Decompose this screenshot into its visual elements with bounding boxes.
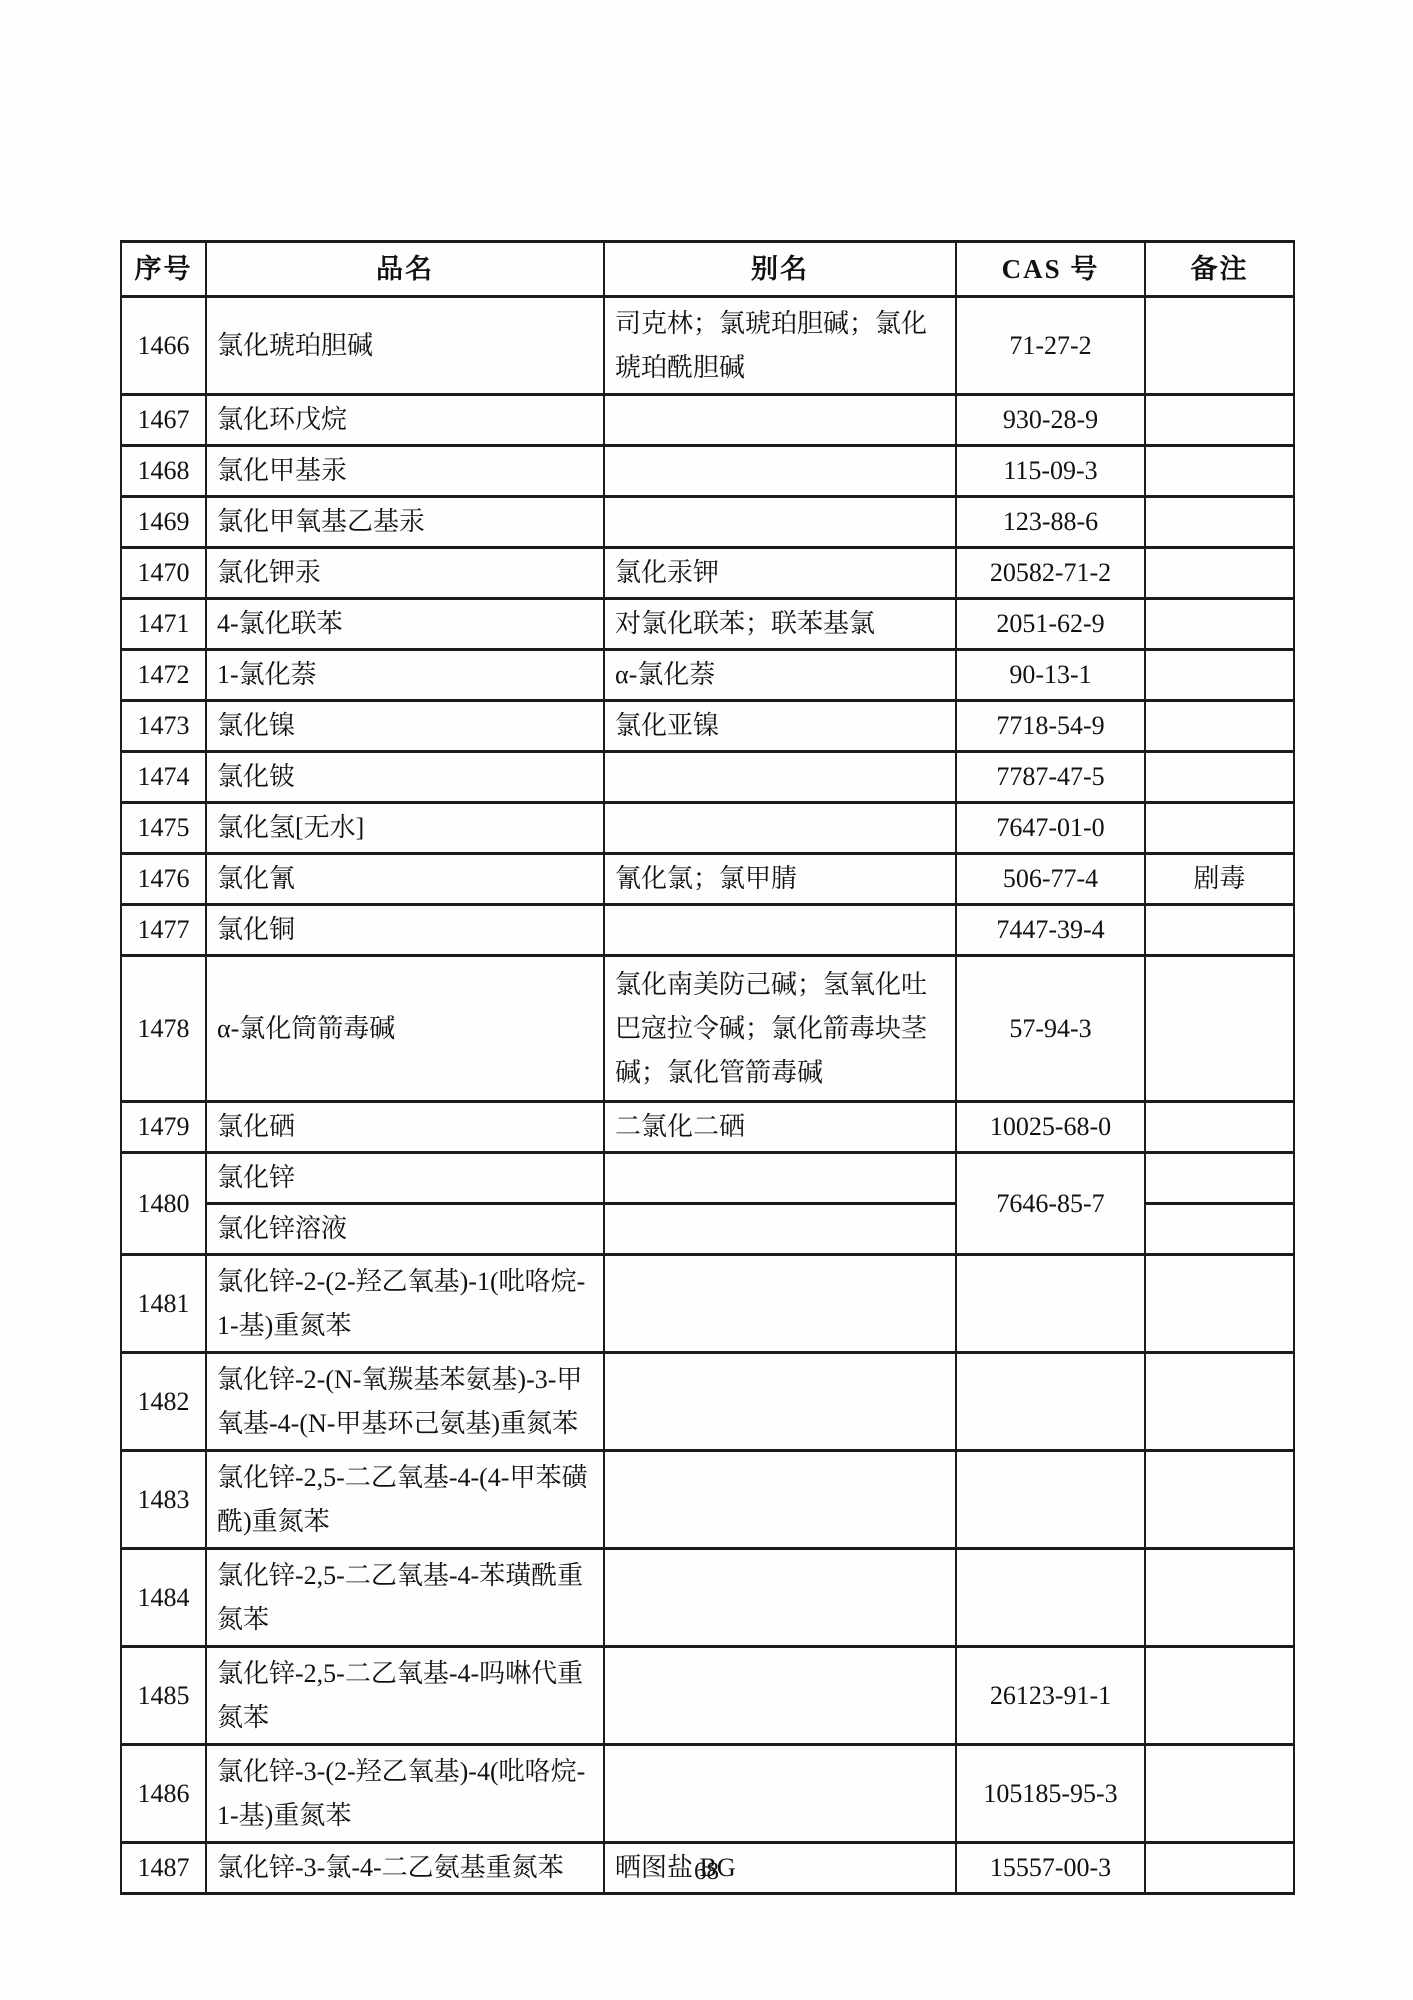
cell-serial: 1475 bbox=[121, 803, 206, 854]
cell-remark bbox=[1145, 1102, 1294, 1153]
cell-cas bbox=[956, 1255, 1145, 1353]
table-row: 14721-氯化萘α-氯化萘90-13-1 bbox=[121, 650, 1294, 701]
cell-cas: 506-77-4 bbox=[956, 854, 1145, 905]
cell-serial: 1466 bbox=[121, 297, 206, 395]
cell-serial: 1471 bbox=[121, 599, 206, 650]
cell-name: 氯化锌溶液 bbox=[206, 1204, 604, 1255]
cell-remark bbox=[1145, 1353, 1294, 1451]
cell-name: 氯化锌-2,5-二乙氧基-4-苯璜酰重氮苯 bbox=[206, 1549, 604, 1647]
cell-name: α-氯化筒箭毒碱 bbox=[206, 956, 604, 1102]
cell-cas: 7787-47-5 bbox=[956, 752, 1145, 803]
column-header-cas: CAS 号 bbox=[956, 242, 1145, 297]
cell-alias bbox=[604, 1255, 956, 1353]
cell-name: 氯化环戊烷 bbox=[206, 395, 604, 446]
column-header-remark: 备注 bbox=[1145, 242, 1294, 297]
table-row: 1473氯化镍氯化亚镍7718-54-9 bbox=[121, 701, 1294, 752]
cell-serial: 1472 bbox=[121, 650, 206, 701]
cell-cas: 20582-71-2 bbox=[956, 548, 1145, 599]
cell-serial: 1470 bbox=[121, 548, 206, 599]
table-row: 1477氯化铜7447-39-4 bbox=[121, 905, 1294, 956]
cell-name: 氯化氰 bbox=[206, 854, 604, 905]
cell-alias bbox=[604, 1745, 956, 1843]
document-page: 序号 品名 别名 CAS 号 备注 1466氯化琥珀胆碱司克林；氯琥珀胆碱；氯化… bbox=[0, 0, 1413, 2000]
table-row: 1483氯化锌-2,5-二乙氧基-4-(4-甲苯磺酰)重氮苯 bbox=[121, 1451, 1294, 1549]
cell-serial: 1468 bbox=[121, 446, 206, 497]
column-header-alias: 别名 bbox=[604, 242, 956, 297]
cell-name: 氯化硒 bbox=[206, 1102, 604, 1153]
cell-cas: 123-88-6 bbox=[956, 497, 1145, 548]
cell-cas: 7646-85-7 bbox=[956, 1153, 1145, 1255]
cell-name: 氯化氢[无水] bbox=[206, 803, 604, 854]
cell-remark bbox=[1145, 701, 1294, 752]
cell-cas: 71-27-2 bbox=[956, 297, 1145, 395]
cell-remark bbox=[1145, 1745, 1294, 1843]
cell-remark bbox=[1145, 956, 1294, 1102]
cell-alias bbox=[604, 1353, 956, 1451]
cell-alias bbox=[604, 497, 956, 548]
cell-alias: 氯化汞钾 bbox=[604, 548, 956, 599]
table-body: 1466氯化琥珀胆碱司克林；氯琥珀胆碱；氯化琥珀酰胆碱71-27-21467氯化… bbox=[121, 297, 1294, 1894]
header-row: 序号 品名 别名 CAS 号 备注 bbox=[121, 242, 1294, 297]
cell-serial: 1473 bbox=[121, 701, 206, 752]
cell-name: 氯化锌 bbox=[206, 1153, 604, 1204]
cell-alias bbox=[604, 1204, 956, 1255]
cell-remark bbox=[1145, 752, 1294, 803]
cell-cas: 26123-91-1 bbox=[956, 1647, 1145, 1745]
cell-remark bbox=[1145, 1204, 1294, 1255]
cell-serial: 1476 bbox=[121, 854, 206, 905]
cell-alias: 对氯化联苯；联苯基氯 bbox=[604, 599, 956, 650]
cell-cas: 115-09-3 bbox=[956, 446, 1145, 497]
cell-name: 1-氯化萘 bbox=[206, 650, 604, 701]
cell-remark bbox=[1145, 905, 1294, 956]
table-row: 1476氯化氰氰化氯；氯甲腈506-77-4剧毒 bbox=[121, 854, 1294, 905]
cell-name: 氯化铜 bbox=[206, 905, 604, 956]
cell-alias bbox=[604, 395, 956, 446]
cell-alias: α-氯化萘 bbox=[604, 650, 956, 701]
table-row: 1466氯化琥珀胆碱司克林；氯琥珀胆碱；氯化琥珀酰胆碱71-27-2 bbox=[121, 297, 1294, 395]
cell-remark bbox=[1145, 297, 1294, 395]
table-row: 1480氯化锌7646-85-7 bbox=[121, 1153, 1294, 1204]
column-header-serial: 序号 bbox=[121, 242, 206, 297]
cell-cas: 90-13-1 bbox=[956, 650, 1145, 701]
column-header-name: 品名 bbox=[206, 242, 604, 297]
cell-name: 氯化锌-3-(2-羟乙氧基)-4(吡咯烷-1-基)重氮苯 bbox=[206, 1745, 604, 1843]
cell-alias bbox=[604, 905, 956, 956]
cell-name: 氯化锌-2,5-二乙氧基-4-吗啉代重氮苯 bbox=[206, 1647, 604, 1745]
cell-cas: 7718-54-9 bbox=[956, 701, 1145, 752]
table-row: 1470氯化钾汞氯化汞钾20582-71-2 bbox=[121, 548, 1294, 599]
cell-alias bbox=[604, 1647, 956, 1745]
cell-alias bbox=[604, 1451, 956, 1549]
cell-serial: 1479 bbox=[121, 1102, 206, 1153]
cell-remark bbox=[1145, 1451, 1294, 1549]
cell-name: 氯化铍 bbox=[206, 752, 604, 803]
cell-remark bbox=[1145, 1153, 1294, 1204]
table-row: 1469氯化甲氧基乙基汞123-88-6 bbox=[121, 497, 1294, 548]
table-row: 1485氯化锌-2,5-二乙氧基-4-吗啉代重氮苯26123-91-1 bbox=[121, 1647, 1294, 1745]
cell-serial: 1482 bbox=[121, 1353, 206, 1451]
cell-cas: 7647-01-0 bbox=[956, 803, 1145, 854]
cell-serial: 1469 bbox=[121, 497, 206, 548]
table-row: 1478α-氯化筒箭毒碱氯化南美防己碱；氢氧化吐巴寇拉令碱；氯化箭毒块茎碱；氯化… bbox=[121, 956, 1294, 1102]
table-row: 1482氯化锌-2-(N-氧羰基苯氨基)-3-甲氧基-4-(N-甲基环己氨基)重… bbox=[121, 1353, 1294, 1451]
cell-alias bbox=[604, 1549, 956, 1647]
cell-name: 4-氯化联苯 bbox=[206, 599, 604, 650]
cell-remark bbox=[1145, 803, 1294, 854]
cell-serial: 1478 bbox=[121, 956, 206, 1102]
table-row: 1479氯化硒二氯化二硒10025-68-0 bbox=[121, 1102, 1294, 1153]
cell-cas: 7447-39-4 bbox=[956, 905, 1145, 956]
table-row: 1481氯化锌-2-(2-羟乙氧基)-1(吡咯烷-1-基)重氮苯 bbox=[121, 1255, 1294, 1353]
cell-alias: 氯化亚镍 bbox=[604, 701, 956, 752]
cell-remark bbox=[1145, 548, 1294, 599]
cell-remark bbox=[1145, 395, 1294, 446]
cell-remark bbox=[1145, 599, 1294, 650]
cell-serial: 1477 bbox=[121, 905, 206, 956]
table-row: 1467氯化环戊烷930-28-9 bbox=[121, 395, 1294, 446]
cell-remark bbox=[1145, 1549, 1294, 1647]
cell-remark bbox=[1145, 650, 1294, 701]
cell-alias: 司克林；氯琥珀胆碱；氯化琥珀酰胆碱 bbox=[604, 297, 956, 395]
cell-serial: 1483 bbox=[121, 1451, 206, 1549]
cell-name: 氯化甲氧基乙基汞 bbox=[206, 497, 604, 548]
cell-alias bbox=[604, 803, 956, 854]
cell-remark bbox=[1145, 1647, 1294, 1745]
cell-cas bbox=[956, 1353, 1145, 1451]
cell-alias bbox=[604, 1153, 956, 1204]
cell-cas: 57-94-3 bbox=[956, 956, 1145, 1102]
table-row: 1475氯化氢[无水]7647-01-0 bbox=[121, 803, 1294, 854]
cell-alias bbox=[604, 752, 956, 803]
cell-remark bbox=[1145, 1255, 1294, 1353]
cell-alias: 二氯化二硒 bbox=[604, 1102, 956, 1153]
cell-cas bbox=[956, 1451, 1145, 1549]
table-row: 1486氯化锌-3-(2-羟乙氧基)-4(吡咯烷-1-基)重氮苯105185-9… bbox=[121, 1745, 1294, 1843]
cell-remark bbox=[1145, 446, 1294, 497]
table-row: 1474氯化铍7787-47-5 bbox=[121, 752, 1294, 803]
cell-alias: 氰化氯；氯甲腈 bbox=[604, 854, 956, 905]
cell-cas: 930-28-9 bbox=[956, 395, 1145, 446]
cell-serial: 1474 bbox=[121, 752, 206, 803]
cell-serial: 1467 bbox=[121, 395, 206, 446]
cell-serial: 1481 bbox=[121, 1255, 206, 1353]
cell-name: 氯化钾汞 bbox=[206, 548, 604, 599]
cell-name: 氯化琥珀胆碱 bbox=[206, 297, 604, 395]
table-row: 1484氯化锌-2,5-二乙氧基-4-苯璜酰重氮苯 bbox=[121, 1549, 1294, 1647]
cell-serial: 1486 bbox=[121, 1745, 206, 1843]
cell-name: 氯化锌-2,5-二乙氧基-4-(4-甲苯磺酰)重氮苯 bbox=[206, 1451, 604, 1549]
cell-name: 氯化镍 bbox=[206, 701, 604, 752]
cell-alias bbox=[604, 446, 956, 497]
cell-serial: 1485 bbox=[121, 1647, 206, 1745]
table-row: 1468氯化甲基汞115-09-3 bbox=[121, 446, 1294, 497]
cell-name: 氯化锌-2-(N-氧羰基苯氨基)-3-甲氧基-4-(N-甲基环己氨基)重氮苯 bbox=[206, 1353, 604, 1451]
cell-remark bbox=[1145, 497, 1294, 548]
cell-alias: 氯化南美防己碱；氢氧化吐巴寇拉令碱；氯化箭毒块茎碱；氯化管箭毒碱 bbox=[604, 956, 956, 1102]
cell-serial: 1484 bbox=[121, 1549, 206, 1647]
cell-cas: 105185-95-3 bbox=[956, 1745, 1145, 1843]
cell-name: 氯化甲基汞 bbox=[206, 446, 604, 497]
cell-cas bbox=[956, 1549, 1145, 1647]
cell-remark: 剧毒 bbox=[1145, 854, 1294, 905]
cell-serial: 1480 bbox=[121, 1153, 206, 1255]
chemicals-table: 序号 品名 别名 CAS 号 备注 1466氯化琥珀胆碱司克林；氯琥珀胆碱；氯化… bbox=[120, 240, 1295, 1895]
table-row: 14714-氯化联苯对氯化联苯；联苯基氯2051-62-9 bbox=[121, 599, 1294, 650]
page-number: 68 bbox=[0, 1858, 1413, 1886]
table-header: 序号 品名 别名 CAS 号 备注 bbox=[121, 242, 1294, 297]
cell-cas: 10025-68-0 bbox=[956, 1102, 1145, 1153]
cell-name: 氯化锌-2-(2-羟乙氧基)-1(吡咯烷-1-基)重氮苯 bbox=[206, 1255, 604, 1353]
cell-cas: 2051-62-9 bbox=[956, 599, 1145, 650]
